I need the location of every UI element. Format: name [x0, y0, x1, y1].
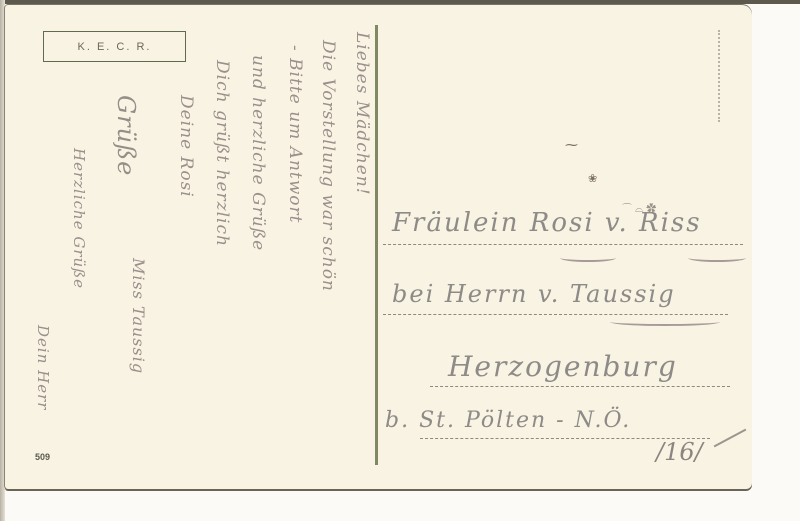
side-line-2: Herzliche Grüße — [70, 148, 88, 289]
message-line-1: Liebes Mädchen! — [352, 32, 372, 196]
side-line-1: Grüße — [112, 95, 140, 176]
message-line-6: Deine Rosi — [176, 95, 196, 198]
message-line-4: und herzliche Grüße — [248, 55, 268, 251]
stamp-area-border — [718, 30, 722, 122]
address-line-1: Fräulein Rosi v. Riss — [392, 208, 702, 238]
center-divider-line — [375, 25, 378, 465]
message-line-3: - Bitte um Antwort — [285, 45, 305, 223]
address-rule-3 — [430, 386, 730, 388]
side-line-3: Miss Taussig — [129, 258, 148, 374]
side-line-4: Dein Herr — [34, 325, 52, 410]
scan-top-edge — [0, 0, 800, 4]
message-line-2: Die Vorstellung war schön — [318, 40, 338, 292]
address-rule-1 — [383, 244, 743, 246]
underline-flourish — [560, 254, 616, 262]
postcard — [5, 5, 752, 489]
address-rule-2 — [383, 314, 728, 316]
sketch-flower-icon: ❀ — [588, 172, 597, 185]
publisher-mark-box: K. E. C. R. — [43, 31, 186, 62]
publisher-mark: K. E. C. R. — [78, 41, 152, 53]
address-line-3: Herzogenburg — [448, 350, 678, 383]
address-line-4: b. St. Pölten - N.Ö. — [385, 408, 631, 433]
message-line-5: Dich grüßt herzlich — [212, 60, 232, 247]
underline-flourish — [610, 318, 720, 326]
sketch-mark-icon: ⁓ — [565, 138, 578, 153]
address-line-2: bei Herrn v. Taussig — [392, 280, 676, 308]
print-number: 509 — [35, 452, 50, 462]
price-mark: /16/ — [656, 438, 703, 466]
underline-flourish — [688, 254, 746, 262]
